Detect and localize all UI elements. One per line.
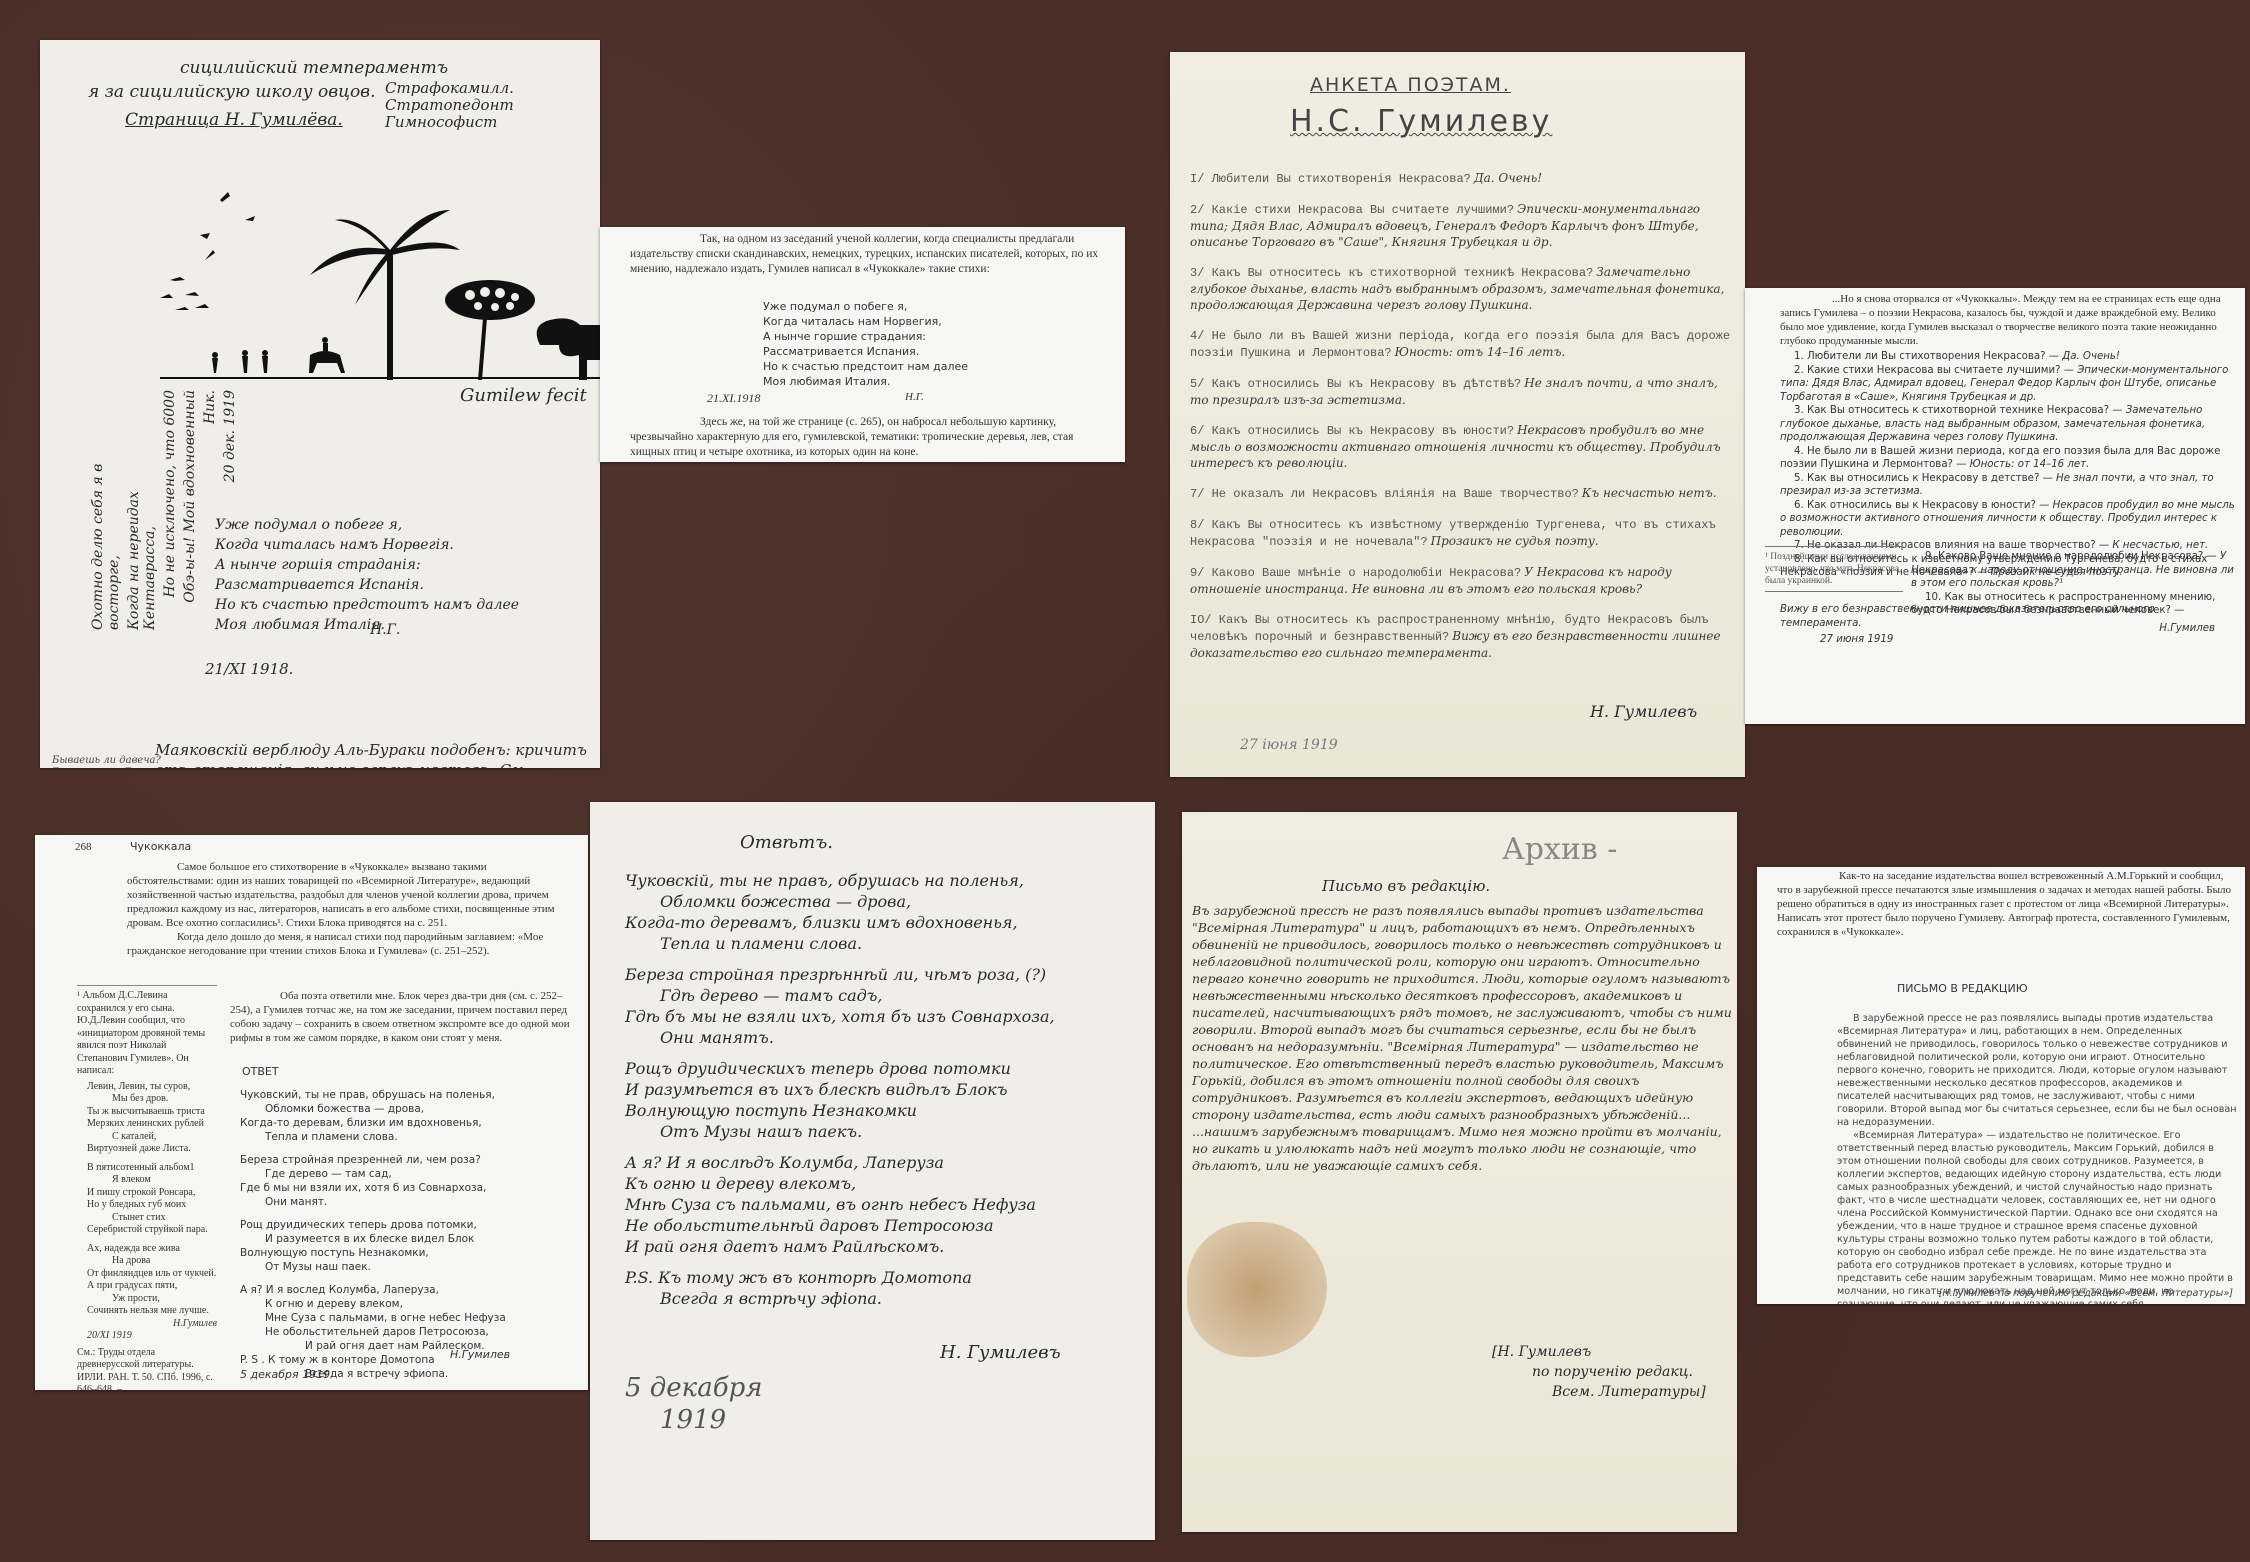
question-text: I/ Любители Вы стихотворенія Некрасова? <box>1190 172 1471 186</box>
question-text: 9/ Каково Ваше мнѣніе о народолюбіи Некр… <box>1190 566 1521 580</box>
poem-line: Когда-то деревамъ, близки имъ вдохновень… <box>625 912 1055 933</box>
question-text: 1. Любители ли Вы стихотворения Некрасов… <box>1794 351 2059 362</box>
footnote-levin: ¹ Альбом Д.С.Левина сохранился у его сын… <box>77 990 217 1390</box>
poem-line: Левин, Левин, ты суров, <box>87 1081 217 1094</box>
poem-line: На дрова <box>87 1255 217 1268</box>
poem-line: Къ огню и дереву влекомъ, <box>625 1173 1055 1194</box>
otvet-heading: ОТВЕТ <box>242 1065 279 1079</box>
poem-line: Чуковский, ты не прав, обрушась на полен… <box>240 1088 506 1102</box>
poem-line: Мнѣ Суза съ пальмами, въ огнѣ небесъ Неф… <box>625 1194 1055 1215</box>
letter-manuscript-body: Въ зарубежной прессѣ не разъ появлялись … <box>1192 902 1732 1174</box>
stanza-gap <box>625 954 1055 964</box>
poem-line: От Музы наш паек. <box>240 1260 506 1274</box>
list-item: 3. Как Вы относитесь к стихотворной техн… <box>1780 404 2238 445</box>
question-10: IO/ Какъ Вы относитесь къ распространенн… <box>1190 611 1735 661</box>
list-item: 4. Не было ли в Вашей жизни периода, ког… <box>1780 445 2238 472</box>
word-2: Стратопедонт <box>385 97 514 114</box>
poem-line: А я? И я вослѣдъ Колумба, Лаперуза <box>625 1152 1055 1173</box>
page-body-right: Оба поэта ответили мне. Блок через два-т… <box>230 989 570 1045</box>
anketa-print-intro: ...Но я снова оторвался от «Чукоккалы». … <box>1780 292 2238 348</box>
poem-line: Ты ж высчитываешь триста <box>87 1106 217 1119</box>
poem-line: Гдѣ бъ мы не взяли ихъ, хотя бъ изъ Совн… <box>625 1006 1055 1027</box>
answer-text: Прозаикъ не судья поэту. <box>1431 534 1599 548</box>
paragraph: Самое большое его стихотворение в «Чукок… <box>127 860 567 930</box>
question-5: 5/ Какъ относились Вы къ Некрасову въ дѣ… <box>1190 375 1735 408</box>
poem-line: Не обольстительней даров Петросоюза, <box>240 1325 506 1339</box>
question-text: 5. Как вы относились к Некрасову в детст… <box>1794 473 2053 484</box>
letter-print-heading: ПИСЬМО В РЕДАКЦИЮ <box>1897 982 2028 996</box>
poem-line: Мне Суза с пальмами, в огне небес Нефуза <box>240 1311 506 1325</box>
otvet-poem: Чуковский, ты не прав, обрушась на полен… <box>240 1088 506 1381</box>
question-text: 3. Как Вы относитесь к стихотворной техн… <box>1794 405 2123 416</box>
poem-line: Чуковскій, ты не правъ, обрушась на поле… <box>625 870 1055 891</box>
poem-line: Обломки божества — дрова, <box>625 891 1055 912</box>
poem-line: Разсматривается Испанія. <box>215 575 519 595</box>
question-text: 2. Какие стихи Некрасова вы считаете луч… <box>1794 365 2074 376</box>
manuscript-otvet: Отвѣтъ. Чуковскій, ты не правъ, обрушась… <box>590 802 1155 1540</box>
printed-anketa-transcription: ...Но я снова оторвался от «Чукоккалы». … <box>1745 288 2245 724</box>
stanza-gap <box>625 1142 1055 1152</box>
drawing-caption: Gumilew fecit <box>460 385 587 406</box>
poem-line: Сочинять нельзя мне лучше. <box>87 1305 217 1318</box>
poem-line: Виртуозней даже Листа. <box>87 1143 217 1156</box>
letter-manuscript-signature: [Н. Гумилевъ по порученію редакц. Всем. … <box>1492 1342 1706 1402</box>
anketa-date: 27 іюня 1919 <box>1240 737 1338 753</box>
stanza-gap <box>625 1257 1055 1267</box>
poem-line: Рощ друидических теперь дрова потомки, <box>240 1218 506 1232</box>
question-text: 7/ Не оказалъ ли Некрасовъ вліянія на Ва… <box>1190 487 1579 501</box>
anketa-addressee: Н.С. Гумилеву <box>1290 104 1552 139</box>
poem-line: Но у бледных губ моих <box>87 1199 217 1212</box>
poem-line: Серебристой струйкой пара. <box>87 1224 217 1237</box>
verse-line: Гильгамеш и Гузмаки, <box>52 767 207 768</box>
excerpt-intro: Так, на одном из заседаний ученой коллег… <box>630 232 1110 277</box>
question-text: 2/ Какіе стихи Некрасова Вы считаете луч… <box>1190 203 1514 217</box>
poem-line: А нынче горшие страдания: <box>763 329 968 344</box>
running-title: Чукоккала <box>130 840 191 854</box>
list-item: 5. Как вы относились к Некрасову в детст… <box>1780 472 2238 499</box>
letter-print-intro: Как-то на заседание издательства вошел в… <box>1777 869 2237 939</box>
poem-line: Но къ счастью предстоитъ намъ далее <box>215 595 519 615</box>
poem-line: Не обольстительнѣй даровъ Петросоюза <box>625 1215 1055 1236</box>
sig-line: [Н. Гумилевъ <box>1492 1342 1706 1362</box>
anketa-questions: I/ Любители Вы стихотворенія Некрасова? … <box>1190 170 1735 675</box>
otvet-signature: Н.Гумилев <box>450 1348 510 1362</box>
manuscript-letter-to-editors: Архив - Письмо въ редакцію. Въ зарубежно… <box>1182 812 1737 1532</box>
poem-line: Волнующую поступь Незнакомки <box>625 1100 1055 1121</box>
question-text: 9. Каково Ваше мнение о народолюбии Некр… <box>1925 551 2217 562</box>
footnote-divider <box>77 985 217 986</box>
poem-line: Уже подумал о побеге я, <box>763 299 968 314</box>
question-9: 9/ Каково Ваше мнѣніе о народолюбіи Некр… <box>1190 564 1735 597</box>
question-7: 7/ Не оказалъ ли Некрасовъ вліянія на Ва… <box>1190 485 1735 502</box>
poem-line: Береза стройная презрѣннѣй ли, чѣмъ роза… <box>625 964 1055 985</box>
answer-text: Юность: отъ 14–16 летъ. <box>1395 345 1566 359</box>
stanza-gap <box>240 1274 506 1283</box>
date-line: 1919 <box>625 1404 762 1436</box>
poem-date: 21/XI 1918. <box>205 660 293 678</box>
page-number: 268 <box>75 840 92 854</box>
letter-manuscript-title: Письмо въ редакцію. <box>1322 877 1490 895</box>
poem-line: В пятисотенный альбом1 <box>87 1162 217 1175</box>
poem-line: Тепла и пламени слова. <box>625 933 1055 954</box>
anketa-signature: Н. Гумилевъ <box>1590 702 1697 721</box>
note-line: Когда на нереидах Кентаврасса, <box>126 390 158 630</box>
printed-letter-to-editors: Как-то на заседание издательства вошел в… <box>1757 867 2245 1304</box>
poem-line: P.S. Къ тому жъ въ конторѣ Домотопа <box>625 1267 1055 1288</box>
handwritten-poem: Уже подумал о побеге я, Когда читалась н… <box>215 515 519 635</box>
excerpt-date: 21.XI.1918 <box>707 391 760 406</box>
footnote-intro: ¹ Альбом Д.С.Левина сохранился у его сын… <box>77 990 217 1078</box>
poem-line: Когда читалась намъ Норвегія. <box>215 535 519 555</box>
otvet-manuscript-signature: Н. Гумилевъ <box>940 1342 1061 1363</box>
poem-line: Они манят. <box>240 1195 506 1209</box>
poem-line: Всегда я встрѣчу эфіопа. <box>625 1288 1055 1309</box>
otvet-date: 5 декабря 1919 <box>240 1368 330 1382</box>
question-text: 3/ Какъ Вы относитесь къ стихотворной те… <box>1190 266 1593 280</box>
stanza-gap <box>240 1144 506 1153</box>
stanza-gap <box>240 1209 506 1218</box>
poem-line: Ах, надежда все жива <box>87 1243 217 1256</box>
poem-line: С каталей, <box>87 1131 217 1144</box>
paragraph: «Всемирная Литература» — издательство не… <box>1837 1129 2237 1304</box>
anketa-print-signature: Н.Гумилев <box>2159 622 2215 636</box>
question-text: 5/ Какъ относились Вы къ Некрасову въ дѣ… <box>1190 377 1521 391</box>
answer-text: Да. Очень! <box>1474 171 1542 185</box>
header-line-3: Страница Н. Гумилёва. <box>125 110 343 130</box>
note-line: Но не исключено, что 6000 <box>162 390 178 598</box>
note-line: Обэ-ы-ы! Мой вдохновенный <box>182 390 198 603</box>
poem-line: Гдѣ дерево — тамъ садъ, <box>625 985 1055 1006</box>
poem-line: Где дерево — там сад, <box>240 1167 506 1181</box>
poem-line: И разумеется в их блеске видел Блок <box>240 1232 506 1246</box>
poem-line: И рай огня даетъ намъ Райлѣскомъ. <box>625 1236 1055 1257</box>
note-line: Ник. <box>202 390 218 424</box>
poem-line: Но к счастью предстоит нам далее <box>763 359 968 374</box>
question-text: 6. Как относились вы к Некрасову в юност… <box>1794 500 2049 511</box>
anketa-footnote: ¹ Позднейшими исследованиями установлено… <box>1765 546 1903 592</box>
poem-line: Мы без дров. <box>87 1093 217 1106</box>
poem-line: Они манятъ. <box>625 1027 1055 1048</box>
anketa-print-date: 27 июня 1919 <box>1820 633 1893 647</box>
poem-line: Уж прости, <box>87 1293 217 1306</box>
question-3: 3/ Какъ Вы относитесь къ стихотворной те… <box>1190 264 1735 313</box>
answer-text: Да. Очень! <box>2062 351 2120 362</box>
mayakovsky-note: Маяковскій верблюду Аль-Бураки подобенъ:… <box>155 740 595 768</box>
header-line-2: я за сицилийскую школу овцов. <box>88 82 375 102</box>
poem-line: Когда читалась нам Норвегия, <box>763 314 968 329</box>
poem-line: Рассматривается Испания. <box>763 344 968 359</box>
poem-line: Тепла и пламени слова. <box>240 1130 506 1144</box>
answer-text: Юность: от 14–16 лет. <box>1970 459 2090 470</box>
archive-stamp: Архив - <box>1502 832 1617 867</box>
letter-print-signature: [Н.Гумилев по поручению редакции «Всем. … <box>1939 1287 2233 1301</box>
word-1: Страфокамилл. <box>385 80 514 97</box>
otvet-manuscript-title: Отвѣтъ. <box>740 832 833 853</box>
poem-line: И разумѣется въ ихъ блескѣ видѣлъ Блокъ <box>625 1079 1055 1100</box>
excerpt-signature: Н.Г. <box>905 390 924 405</box>
question-1: I/ Любители Вы стихотворенія Некрасова? … <box>1190 170 1735 187</box>
poem-line: Рощъ друидическихъ теперь дрова потомки <box>625 1058 1055 1079</box>
poem-signature: Н.Г. <box>370 622 400 638</box>
poem-line: Отъ Музы нашъ паекъ. <box>625 1121 1055 1142</box>
poem-line: А нынче горшія страданія: <box>215 555 519 575</box>
sig-line: Всем. Литературы] <box>1492 1382 1706 1402</box>
list-item: 6. Как относились вы к Некрасову в юност… <box>1780 499 2238 540</box>
answer-text: Къ несчастью нетъ. <box>1582 486 1717 500</box>
list-item: 2. Какие стихи Некрасова вы считаете луч… <box>1780 364 2238 405</box>
poem-line: От финляндцев иль от чукчей. <box>87 1268 217 1281</box>
page-body-top: Самое большое его стихотворение в «Чукок… <box>127 860 567 958</box>
poem-line: Мерзких ленинских рублей <box>87 1118 217 1131</box>
ink-drawing-tropical-scene-icon <box>160 180 600 380</box>
stanza-gap <box>625 1048 1055 1058</box>
gilgamesh-verse: Бываешь ли давеча? Гильгамеш и Гузмаки, … <box>52 755 207 768</box>
poem-line: К огню и дереву влеком, <box>240 1297 506 1311</box>
otvet-manuscript-date: 5 декабря 1919 <box>625 1372 762 1436</box>
poem-line: Обломки божества — дрова, <box>240 1102 506 1116</box>
verse-line: Бываешь ли давеча? <box>52 755 207 767</box>
footnote-reference: См.: Труды отдела древнерусской литерату… <box>77 1347 217 1391</box>
printed-excerpt-1918: Так, на одном из заседаний ученой коллег… <box>600 227 1125 462</box>
paragraph: В зарубежной прессе не раз появлялись вы… <box>1837 1012 2237 1129</box>
poem-line: Моя любимая Италия. <box>763 374 968 389</box>
question-4: 4/ Не было ли въ Вашей жизни періода, ко… <box>1190 327 1735 361</box>
manuscript-chukokkala-drawing-page: сицилийский темпераментъ я за сицилийску… <box>40 40 600 768</box>
poem-line: Моя любимая Италія. <box>215 615 519 635</box>
excerpt-outro: Здесь же, на той же странице (с. 265), о… <box>630 415 1110 460</box>
note-line: Охотно делю себя я в восторге, <box>90 390 122 630</box>
footnote-poem: Левин, Левин, ты суров,Мы без дров.Ты ж … <box>77 1081 217 1318</box>
printed-page-268: 268 Чукоккала Самое большое его стихотво… <box>35 835 588 1390</box>
excerpt-poem: Уже подумал о побеге я, Когда читалась н… <box>763 299 968 389</box>
poem-line: Уже подумал о побеге я, <box>215 515 519 535</box>
anketa-title: АНКЕТА ПОЭТАМ. <box>1310 74 1511 96</box>
header-right-words: Страфокамилл. Стратопедонт Гимнософист <box>385 80 514 131</box>
word-3: Гимнософист <box>385 114 514 131</box>
poem-line: И пишу строкой Ронсара, <box>87 1187 217 1200</box>
otvet-manuscript-poem: Чуковскій, ты не правъ, обрушась на поле… <box>625 870 1055 1309</box>
question-text: 6/ Какъ относились Вы къ Некрасову въ юн… <box>1190 424 1514 438</box>
sig-line: по порученію редакц. <box>1492 1362 1706 1382</box>
letter-print-body: В зарубежной прессе не раз появлялись вы… <box>1837 1012 2237 1304</box>
note-line: 20 дек. 1919 <box>222 390 238 482</box>
list-item: 1. Любители ли Вы стихотворения Некрасов… <box>1780 350 2238 364</box>
footnote-date: 20/XI 1919 <box>77 1330 217 1343</box>
question-2: 2/ Какіе стихи Некрасова Вы считаете луч… <box>1190 201 1735 250</box>
poem-line: А при градусах пяти, <box>87 1280 217 1293</box>
coffee-stain <box>1187 1222 1327 1357</box>
question-6: 6/ Какъ относились Вы къ Некрасову въ юн… <box>1190 422 1735 471</box>
paragraph: Когда дело дошло до меня, я написал стих… <box>127 930 567 958</box>
question-8: 8/ Какъ Вы относитесь къ извѣстному утве… <box>1190 516 1735 550</box>
poem-line: Волнующую поступь Незнакомки, <box>240 1246 506 1260</box>
poem-line: Я влеком <box>87 1174 217 1187</box>
manuscript-anketa-poetam: АНКЕТА ПОЭТАМ. Н.С. Гумилеву I/ Любители… <box>1170 52 1745 777</box>
poem-line: А я? И я вослед Колумба, Лаперуза, <box>240 1283 506 1297</box>
header-line-1: сицилийский темпераментъ <box>180 58 448 78</box>
poem-line: Где б мы ни взяли их, хотя б из Совнархо… <box>240 1181 506 1195</box>
poem-line: Береза стройная презренней ли, чем роза? <box>240 1153 506 1167</box>
date-line: 5 декабря <box>625 1372 762 1404</box>
poem-line: Стынет стих <box>87 1212 217 1225</box>
poem-line: Когда-то деревам, близки им вдохновенья, <box>240 1116 506 1130</box>
footnote-signature: Н.Гумилев <box>77 1318 217 1331</box>
